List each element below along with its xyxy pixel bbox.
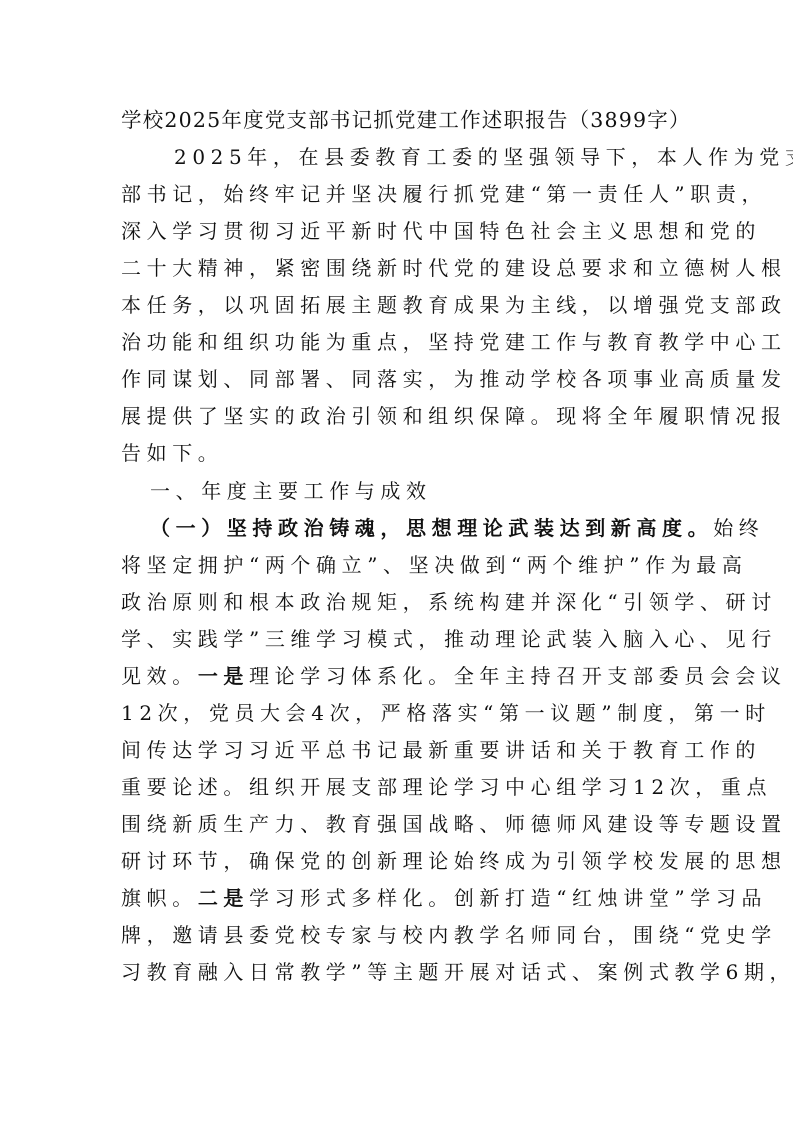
paragraph-line: 本任务，以巩固拓展主题教育成果为主线，以增强党支部政: [121, 290, 681, 320]
text-span: 见效。: [121, 664, 198, 688]
paragraph-line: 间传达学习习近平总书记最新重要讲话和关于教育工作的: [121, 735, 681, 765]
paragraph-line: 见效。一是理论学习体系化。全年主持召开支部委员会会议: [121, 661, 681, 691]
subsection-heading-line: （一）坚持政治铸魂，思想理论武装达到新高度。始终: [150, 513, 710, 543]
text-span: 旗帜。: [121, 886, 198, 910]
paragraph-line: 展提供了坚实的政治引领和组织保障。现将全年履职情况报: [121, 401, 681, 431]
text-span: 学习形式多样化。创新打造“红烛讲堂”学习品: [249, 886, 767, 910]
paragraph-line: 政治原则和根本政治规矩，系统构建并深化“引领学、研讨: [121, 587, 681, 617]
emphasis-yishi: 一是: [198, 664, 249, 688]
paragraph-line: 作同谋划、同部署、同落实，为推动学校各项事业高质量发: [121, 364, 681, 394]
paragraph-line: 2025年，在县委教育工委的坚强领导下，本人作为党支: [174, 142, 734, 172]
paragraph-line: 告如下。: [121, 438, 681, 468]
emphasis-ershi: 二是: [198, 886, 249, 910]
document-title: 学校2025年度党支部书记抓党建工作述职报告（3899字）: [121, 105, 681, 135]
subsection-heading-tail: 始终: [713, 516, 764, 540]
paragraph-line: 旗帜。二是学习形式多样化。创新打造“红烛讲堂”学习品: [121, 883, 681, 913]
paragraph-line: 习教育融入日常教学”等主题开展对话式、案例式教学6期，: [121, 957, 681, 987]
document-page: 学校2025年度党支部书记抓党建工作述职报告（3899字） 2025年，在县委教…: [0, 0, 793, 1122]
paragraph-line: 12次，党员大会4次，严格落实“第一议题”制度，第一时: [121, 698, 681, 728]
paragraph-line: 将坚定拥护“两个确立”、坚决做到“两个维护”作为最高: [121, 550, 681, 580]
paragraph-line: 研讨环节，确保党的创新理论始终成为引领学校发展的思想: [121, 846, 681, 876]
section-heading: 一、年度主要工作与成效: [150, 476, 710, 506]
paragraph-line: 深入学习贯彻习近平新时代中国特色社会主义思想和党的: [121, 216, 681, 246]
subsection-heading: （一）坚持政治铸魂，思想理论武装达到新高度。: [150, 516, 713, 540]
paragraph-line: 重要论述。组织开展支部理论学习中心组学习12次，重点: [121, 772, 681, 802]
paragraph-line: 治功能和组织功能为重点，坚持党建工作与教育教学中心工: [121, 327, 681, 357]
text-span: 理论学习体系化。全年主持召开支部委员会会议: [249, 664, 787, 688]
paragraph-line: 二十大精神，紧密围绕新时代党的建设总要求和立德树人根: [121, 253, 681, 283]
paragraph-line: 牌，邀请县委党校专家与校内教学名师同台，围绕“党史学: [121, 920, 681, 950]
paragraph-line: 部书记，始终牢记并坚决履行抓党建“第一责任人”职责，: [121, 179, 681, 209]
paragraph-line: 学、实践学”三维学习模式，推动理论武装入脑入心、见行: [121, 624, 681, 654]
paragraph-line: 围绕新质生产力、教育强国战略、师德师风建设等专题设置: [121, 809, 681, 839]
